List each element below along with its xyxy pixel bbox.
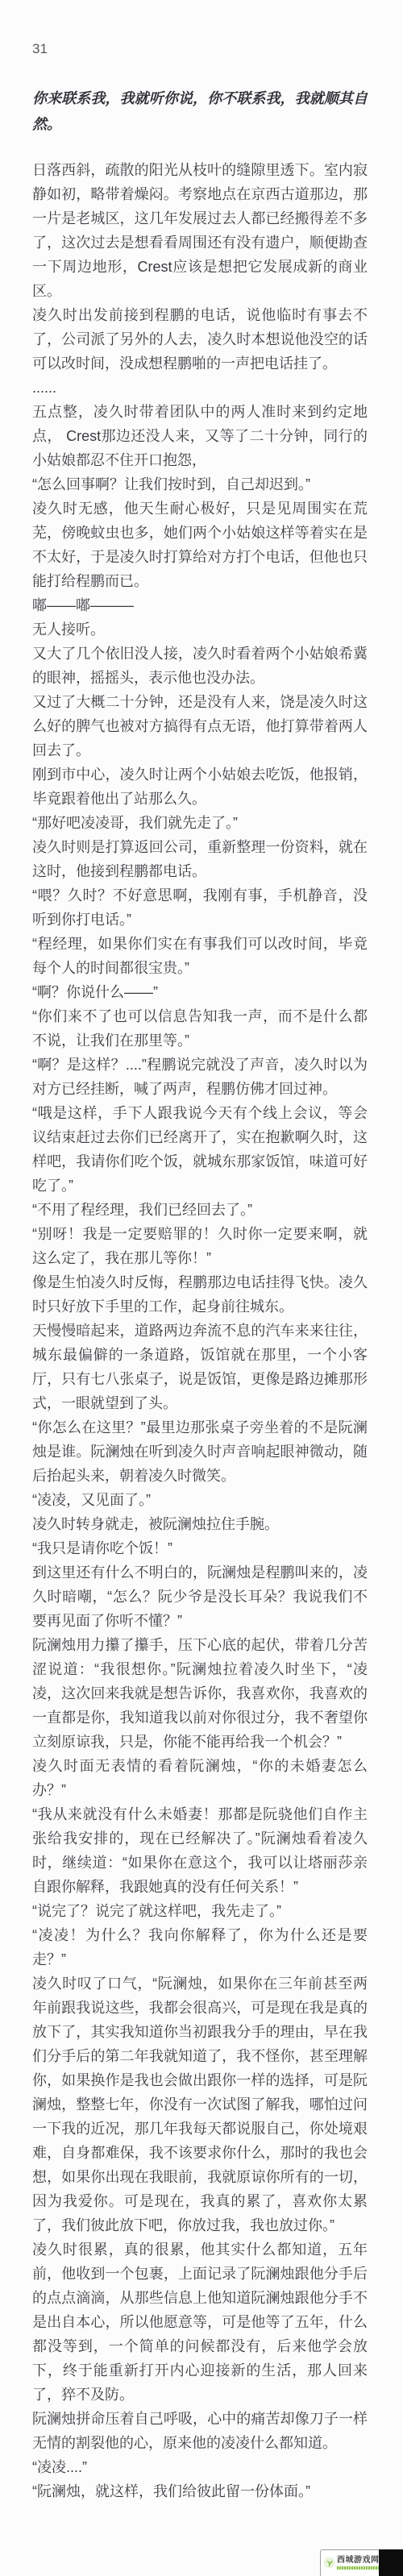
story-paragraph: “别呀！我是一定要赔罪的！久时你一定要来啊，就这么定了，我在那儿等你！”	[32, 1222, 368, 1270]
story-paragraph: 日落西斜，疏散的阳光从枝叶的缝隙里透下。室内寂静如初，略带着燥闷。考察地点在京西…	[32, 158, 368, 303]
story-paragraph: 阮澜烛用力攥了攥手，压下心底的起伏，带着几分苦涩说道：“我很想你。”阮澜烛拉着凌…	[32, 1633, 368, 1754]
sprout-icon	[323, 2557, 335, 2569]
story-paragraph: “不用了程经理，我们已经回去了。”	[32, 1198, 368, 1222]
page-number: 31	[32, 40, 368, 58]
story-paragraph: “怎么回事啊？让我们按时到，自己却迟到。”	[32, 472, 368, 497]
watermark-box: 西城游戏网	[320, 2549, 379, 2576]
story-paragraph: 凌久时面无表情的看着阮澜烛，“你的未婚妻怎么办？”	[32, 1754, 368, 1802]
chapter-opening-quote: 你来联系我，我就听你说，你不联系我，我就顺其自然。	[32, 85, 368, 137]
story-paragraph: 到这里还有什么不明白的，阮澜烛是程鹏叫来的，凌久时暗嘲，“怎么？阮少爷是没长耳朵…	[32, 1560, 368, 1633]
story-text: 日落西斜，疏散的阳光从枝叶的缝隙里透下。室内寂静如初，略带着燥闷。考察地点在京西…	[32, 158, 368, 2503]
watermark-site-name: 西城游戏网	[337, 2556, 376, 2565]
story-paragraph: “那好吧凌凌哥，我们就先走了。”	[32, 811, 368, 835]
story-paragraph: 阮澜烛拼命压着自己呼吸，心中的痛苦却像刀子一样无情的割裂他的心，原来他的凌凌什么…	[32, 2407, 368, 2455]
story-paragraph: 无人接听。	[32, 617, 368, 642]
story-paragraph: 又过了大概二十分钟，还是没有人来，饶是凌久时这么好的脾气也被对方搞得有点无语，他…	[32, 690, 368, 762]
story-paragraph: 嘟——嘟———	[32, 593, 368, 617]
story-paragraph: “凌凌，又见面了。”	[32, 1488, 368, 1512]
story-paragraph: 凌久时转身就走，被阮澜烛拉住手腕。	[32, 1512, 368, 1536]
story-paragraph: 凌久时出发前接到程鹏的电话，说他临时有事去不了，公司派了另外的人去，凌久时本想说…	[32, 303, 368, 376]
story-paragraph: 五点整，凌久时带着团队中的两人准时来到约定地点， Crest那边还没人来，又等了…	[32, 400, 368, 472]
story-paragraph: 凌久时很累，真的很累，他其实什么都知道，五年前，他收到一个包裹，上面记录了阮澜烛…	[32, 2237, 368, 2407]
story-paragraph: “你怎么在这里？”最里边那张桌子旁坐着的不是阮澜烛是谁。阮澜烛在听到凌久时声音响…	[32, 1415, 368, 1488]
story-paragraph: 刚到市中心，凌久时让两个小姑娘去吃饭，他报销，毕竟跟着他出了站那么久。	[32, 762, 368, 811]
story-paragraph: 又大了几个依旧没人接，凌久时看着两个小姑娘希冀的眼神，摇摇头，表示他也没办法。	[32, 642, 368, 690]
story-paragraph: 凌久时叹了口气，“阮澜烛，如果你在三年前甚至两年前跟我说这些，我都会很高兴，可是…	[32, 1971, 368, 2237]
story-paragraph: 天慢慢暗起来，道路两边奔流不息的汽车来来往往，城东最偏僻的一条道路，饭馆就在那里…	[32, 1319, 368, 1415]
story-paragraph: “啊？你说什么——”	[32, 980, 368, 1004]
watermark-text-column: 西城游戏网	[337, 2556, 376, 2570]
story-paragraph: “凌凌！为什么？我向你解释了，你为什么还是要走？”	[32, 1923, 368, 1971]
watermark-micro-text	[337, 2566, 379, 2570]
story-paragraph: “阮澜烛，就这样，我们给彼此留一份体面。”	[32, 2479, 368, 2503]
page-content: 31 你来联系我，我就听你说，你不联系我，我就顺其自然。 日落西斜，疏散的阳光从…	[0, 0, 403, 2503]
story-paragraph: 像是生怕凌久时反悔，程鹏那边电话挂得飞快。凌久时只好放下手里的工作，起身前往城东…	[32, 1270, 368, 1319]
watermark: 西城游戏网	[320, 2549, 403, 2576]
story-paragraph: “程经理，如果你们实在有事我们可以改时间，毕竟每个人的时间都很宝贵。”	[32, 932, 368, 980]
story-paragraph: “我只是请你吃个饭！”	[32, 1536, 368, 1560]
novel-page: 31 你来联系我，我就听你说，你不联系我，我就顺其自然。 日落西斜，疏散的阳光从…	[0, 0, 403, 2576]
watermark-black-corner	[379, 2549, 403, 2576]
story-paragraph: “说完了？说完了就这样吧，我先走了。”	[32, 1899, 368, 1923]
story-paragraph: “喂？久时？不好意思啊，我刚有事，手机静音，没听到你打电话。”	[32, 883, 368, 932]
story-paragraph: “啊？是这样？....”程鹏说完就没了声音，凌久时以为对方已经挂断，喊了两声，程…	[32, 1053, 368, 1101]
story-paragraph: “我从来就没有什么未婚妻！那都是阮骁他们自作主张给我安排的，现在已经解决了。”阮…	[32, 1802, 368, 1899]
story-paragraph: ......	[32, 376, 368, 400]
story-paragraph: “你们来不了也可以信息告知我一声，而不是什么都不说，让我们在那里等。”	[32, 1004, 368, 1053]
story-paragraph: “凌凌....”	[32, 2455, 368, 2479]
story-paragraph: 凌久时无感，他天生耐心极好，只是见周围实在荒芜，傍晚蚊虫也多，她们两个小姑娘这样…	[32, 497, 368, 593]
story-paragraph: 凌久时则是打算返回公司，重新整理一份资料，就在这时，他接到程鹏都电话。	[32, 835, 368, 883]
story-paragraph: “哦是这样，手下人跟我说今天有个线上会议，等会议结束赶过去你们已经离开了，实在抱…	[32, 1101, 368, 1198]
